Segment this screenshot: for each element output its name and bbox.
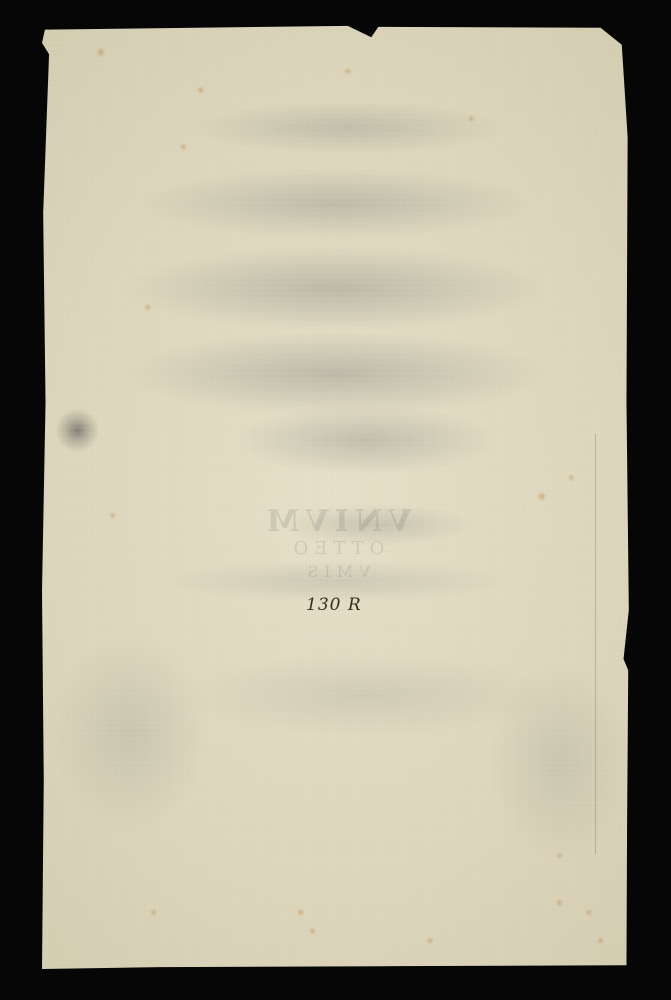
showthrough-text-line: OTTEO xyxy=(42,538,630,559)
paper-fiber-texture xyxy=(42,24,630,969)
photo-scene: VNIVM OTTEO VMIS 130 R xyxy=(0,0,671,1000)
paper-sheet: VNIVM OTTEO VMIS 130 R xyxy=(42,24,630,969)
showthrough-text-line: VNIVM xyxy=(42,504,630,539)
handwritten-inscription: 130 R xyxy=(306,595,362,615)
plate-mark-line xyxy=(595,434,596,854)
showthrough-text-line: VMIS xyxy=(42,562,630,581)
